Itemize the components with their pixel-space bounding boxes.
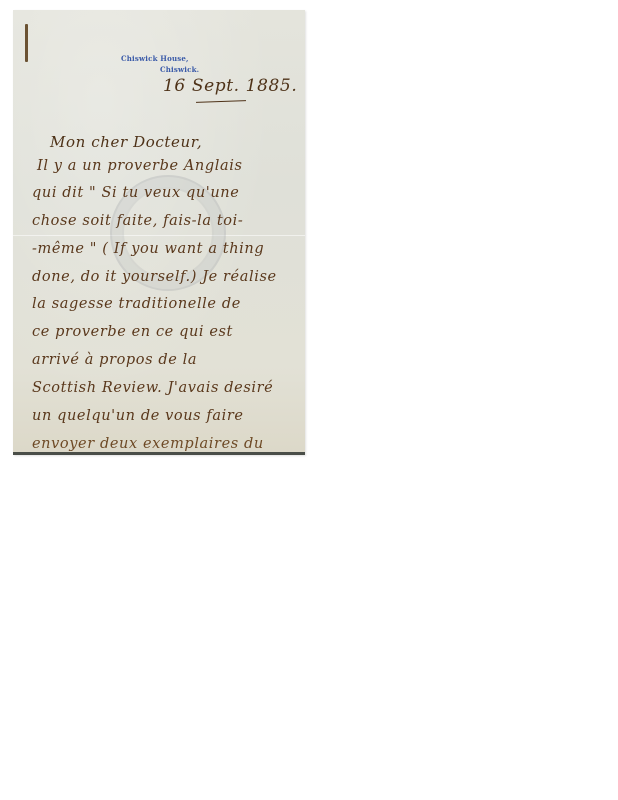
body-line: un quelqu'un de vous faire bbox=[32, 408, 244, 424]
letter-sheet: Chiswick House, Chiswick. 16 Sept. 1885.… bbox=[13, 10, 305, 455]
letter-date: 16 Sept. 1885. bbox=[163, 76, 297, 96]
body-line: la sagesse traditionelle de bbox=[32, 296, 241, 312]
date-underline bbox=[196, 100, 246, 103]
letterhead-line-1: Chiswick House, bbox=[121, 54, 189, 63]
body-line: -même " ( If you want a thing bbox=[32, 241, 264, 257]
body-line: chose soit faite, fais-la toi- bbox=[32, 213, 243, 229]
body-line: done, do it yourself.) Je réalise bbox=[32, 269, 277, 285]
binding-mark bbox=[25, 24, 28, 62]
letterhead-line-2: Chiswick. bbox=[160, 65, 199, 74]
body-line: qui dit " Si tu veux qu'une bbox=[32, 185, 239, 201]
body-line-underlined-title: Scottish Review. J'avais desiré bbox=[32, 380, 273, 396]
salutation: Mon cher Docteur, bbox=[50, 133, 202, 151]
body-line: arrivé à propos de la bbox=[32, 352, 197, 368]
body-line: ce proverbe en ce qui est bbox=[32, 324, 233, 340]
page-canvas: Chiswick House, Chiswick. 16 Sept. 1885.… bbox=[0, 0, 618, 800]
body-line: envoyer deux exemplaires du bbox=[32, 436, 264, 452]
body-line: Il y a un proverbe Anglais bbox=[37, 158, 243, 174]
